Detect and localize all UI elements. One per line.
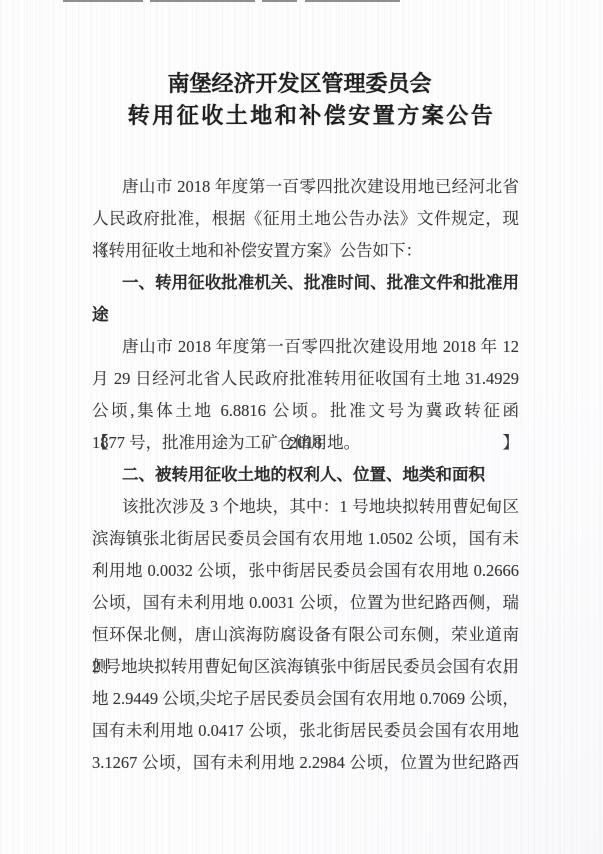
body-text-line: 《转用征收土地和补偿安置方案》公告如下： [92,235,519,267]
scanner-edge-artifact [150,0,255,2]
document-title: 南堡经济开发区管理委员会 转用征收土地和补偿安置方案公告 [92,68,519,132]
scanner-edge-artifact [63,0,143,2]
body-text-line: 公顷,集体土地 6.8816 公顷。批准文号为冀政转征函【2018】 [92,395,519,427]
body-text-line: 3.1267 公顷，国有未利用地 2.2984 公顷，位置为世纪路西 [92,747,519,779]
body-text-line: 利用地 0.0032 公顷，张中街居民委员会国有农用地 0.2666 [92,555,519,587]
body-text-line: 地 2.9449 公顷,尖坨子居民委员会国有农用地 0.7069 公顷， [92,683,519,715]
body-text-line: 该批次涉及 3 个地块，其中：1 号地块拟转用曹妃甸区 [92,491,519,523]
body-text-line: 恒环保北侧，唐山滨海防腐设备有限公司东侧，荣业道南侧； [92,619,519,651]
body-text-line: 公顷，国有未利用地 0.0031 公顷，位置为世纪路西侧，瑞 [92,587,519,619]
body-text-line: 人民政府批准，根据《征用土地公告办法》文件规定，现将 [92,203,519,235]
scanner-edge-artifact [262,0,297,2]
section-heading-line: 一、转用征收批准机关、批准时间、批准文件和批准用 [92,267,519,299]
section-heading-line: 途 [92,299,519,331]
document-title-line-2: 转用征收土地和补偿安置方案公告 [98,100,525,132]
document-body: 唐山市 2018 年度第一百零四批次建设用地已经河北省 人民政府批准，根据《征用… [92,171,519,779]
body-text-line: 唐山市 2018 年度第一百零四批次建设用地 2018 年 12 [92,331,519,363]
scanner-edge-artifact [305,0,400,2]
section-heading-line: 二、被转用征收土地的权利人、位置、地类和面积 [92,459,519,491]
body-text-line: 唐山市 2018 年度第一百零四批次建设用地已经河北省 [92,171,519,203]
document-title-line-1: 南堡经济开发区管理委员会 [86,68,513,100]
body-text-line: 滨海镇张北街居民委员会国有农用地 1.0502 公顷，国有未 [92,523,519,555]
body-text-line: 月 29 日经河北省人民政府批准转用征收国有土地 31.4929 [92,363,519,395]
scanned-document-page: { "document": { "title": { "line1": "南堡经… [0,0,603,854]
body-text-line: 国有未利用地 0.0417 公顷，张北街居民委员会国有农用地 [92,715,519,747]
body-text-line: 2 号地块拟转用曹妃甸区滨海镇张中街居民委员会国有农用 [92,651,519,683]
